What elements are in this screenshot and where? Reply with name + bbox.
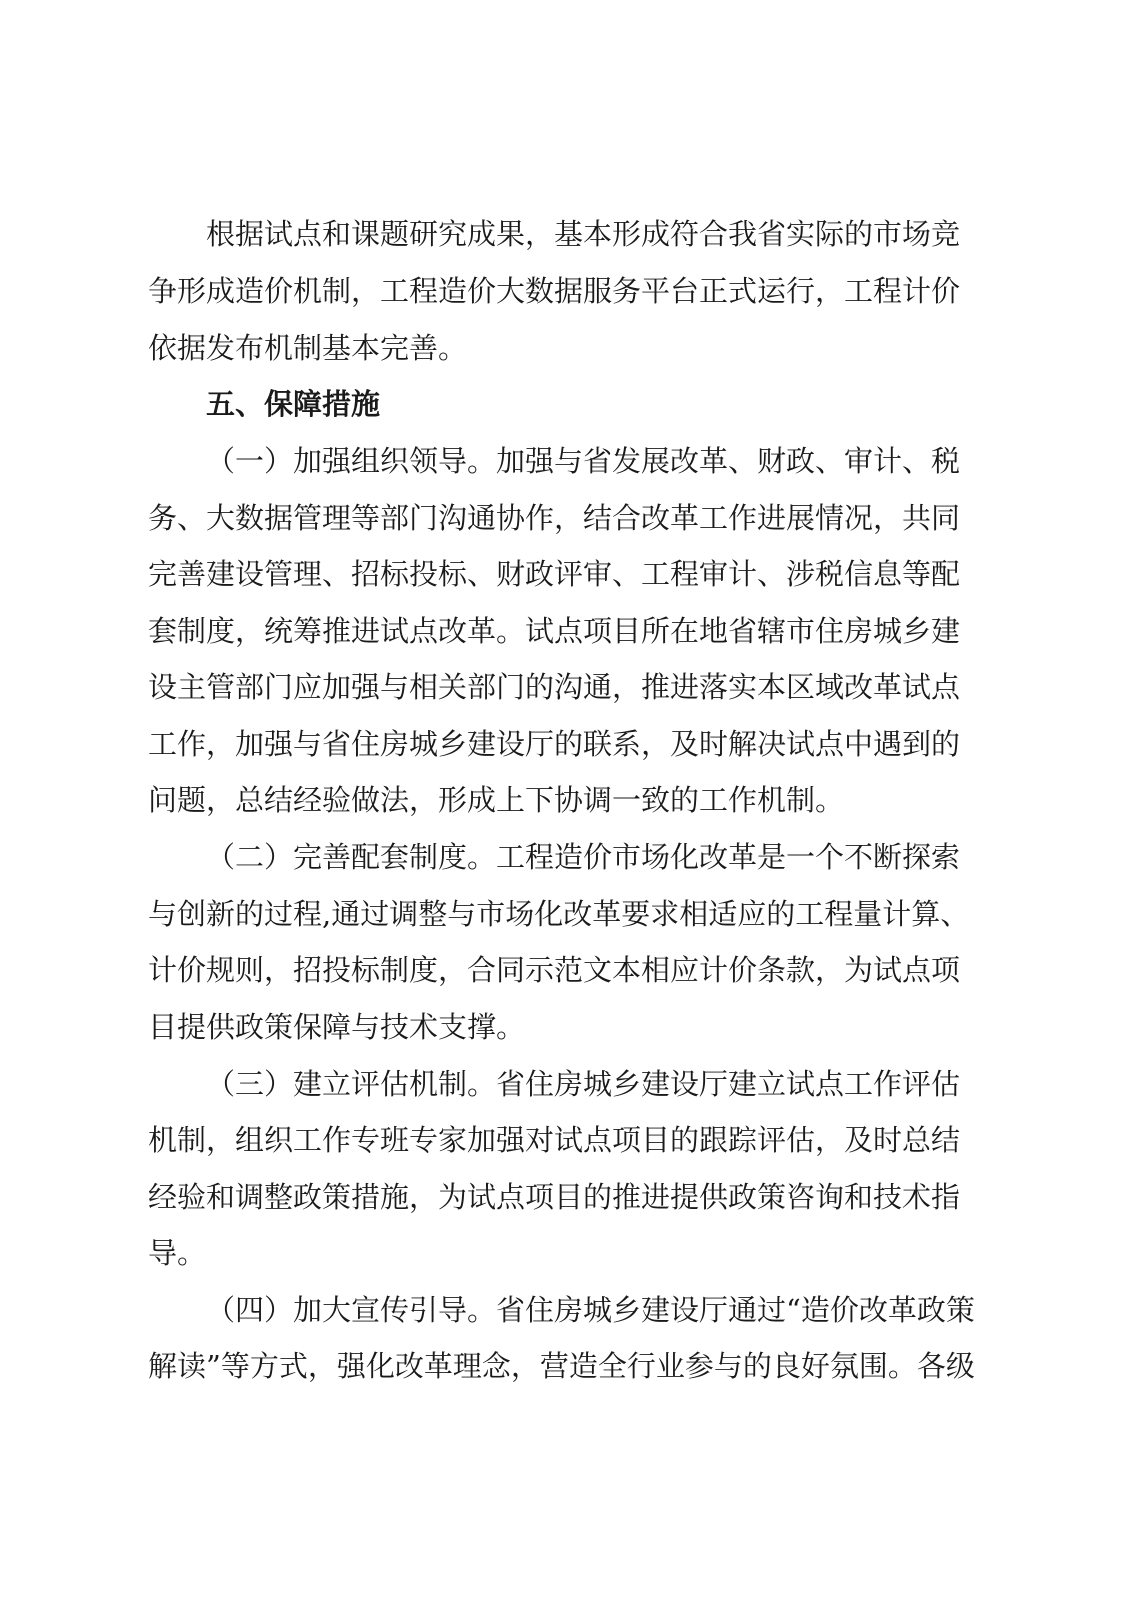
text-line: 目提供政策保障与技术支撑。 — [148, 1000, 525, 1054]
subsection-first-line: （三）建立评估机制。省住房城乡建设厅建立试点工作评估 — [206, 1057, 960, 1111]
text-line: 工作，加强与省住房城乡建设厅的联系，及时解决试点中遇到的 — [148, 717, 960, 771]
section-heading: 五、保障措施 — [206, 377, 380, 431]
text-line: 与创新的过程,通过调整与市场化改革要求相适应的工程量计算、 — [148, 887, 969, 941]
text-line: 设主管部门应加强与相关部门的沟通，推进落实本区域改革试点 — [148, 660, 960, 714]
subsection-first-line: （一）加强组织领导。加强与省发展改革、财政、审计、税 — [206, 434, 960, 488]
text-line: 计价规则，招投标制度，合同示范文本相应计价条款，为试点项 — [148, 943, 960, 997]
text-line: 导。 — [148, 1226, 206, 1280]
text-line: 争形成造价机制，工程造价大数据服务平台正式运行，工程计价 — [148, 264, 960, 318]
text-line: 完善建设管理、招标投标、财政评审、工程审计、涉税信息等配 — [148, 547, 960, 601]
subsection-first-line: （四）加大宣传引导。省住房城乡建设厅通过“造价改革政策 — [206, 1283, 975, 1337]
text-line: 套制度，统筹推进试点改革。试点项目所在地省辖市住房城乡建 — [148, 604, 960, 658]
text-run: 加强与省发展改革、财政、审计、税 — [496, 444, 960, 478]
text-line: 机制，组织工作专班专家加强对试点项目的跟踪评估，及时总结 — [148, 1113, 960, 1167]
text-line: 根据试点和课题研究成果，基本形成符合我省实际的市场竞 — [206, 207, 960, 261]
text-run: 省住房城乡建设厅建立试点工作评估 — [496, 1067, 960, 1101]
subsection-first-line: （二）完善配套制度。工程造价市场化改革是一个不断探索 — [206, 830, 960, 884]
subsection-title: （二）完善配套制度。 — [206, 840, 496, 874]
text-run: 工程造价市场化改革是一个不断探索 — [496, 840, 960, 874]
text-line: 经验和调整政策措施，为试点项目的推进提供政策咨询和技术指 — [148, 1170, 960, 1224]
text-line: 务、大数据管理等部门沟通协作，结合改革工作进展情况，共同 — [148, 491, 960, 545]
text-line: 问题，总结经验做法，形成上下协调一致的工作机制。 — [148, 773, 844, 827]
text-line: 依据发布机制基本完善。 — [148, 321, 467, 375]
subsection-title: （四）加大宣传引导。 — [206, 1293, 496, 1327]
subsection-title: （一）加强组织领导。 — [206, 444, 496, 478]
text-run: 省住房城乡建设厅通过“造价改革政策 — [496, 1293, 975, 1327]
subsection-title: （三）建立评估机制。 — [206, 1067, 496, 1101]
text-line: 解读”等方式，强化改革理念，营造全行业参与的良好氛围。各级 — [148, 1339, 975, 1393]
